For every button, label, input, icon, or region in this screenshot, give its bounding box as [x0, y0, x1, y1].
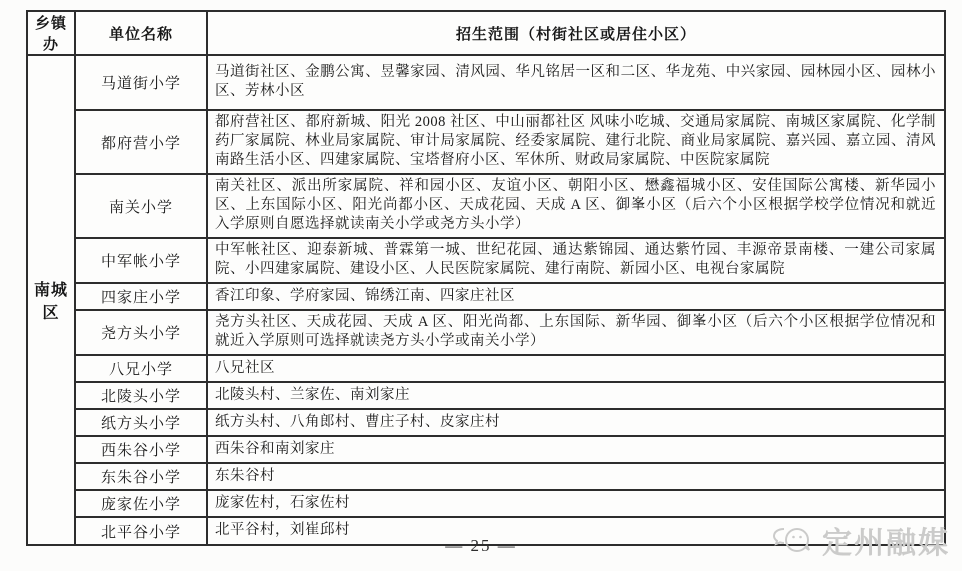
- school-name-cell: 庞家佐小学: [75, 490, 207, 517]
- watermark: 定州融媒: [772, 518, 950, 562]
- scope-cell: 马道街社区、金鹏公寓、昱馨家园、清风园、华凡铭居一区和二区、华龙苑、中兴家园、园…: [207, 55, 945, 110]
- table-row: 西朱谷小学 西朱谷和南刘家庄: [27, 436, 945, 463]
- school-name-cell: 西朱谷小学: [75, 436, 207, 463]
- school-name-cell: 尧方头小学: [75, 310, 207, 355]
- scope-cell: 香江印象、学府家园、锦绣江南、四家庄社区: [207, 283, 945, 310]
- table-row: 尧方头小学 尧方头社区、天成花园、天成 A 区、阳光尚都、上东国际、新华园、御峯…: [27, 310, 945, 355]
- table-row: 中军帐小学 中军帐社区、迎泰新城、普霖第一城、世纪花园、通达紫锦园、通达紫竹园、…: [27, 238, 945, 283]
- table-row: 庞家佐小学 庞家佐村，石家佐村: [27, 490, 945, 517]
- enrollment-table: 乡镇办 单位名称 招生范围（村街社区或居住小区） 南城区 马道街小学 马道街社区…: [26, 10, 946, 546]
- scope-cell: 八兄社区: [207, 355, 945, 382]
- scope-cell: 庞家佐村，石家佐村: [207, 490, 945, 517]
- school-name-cell: 都府营小学: [75, 110, 207, 174]
- scope-cell: 北陵头村、兰家佐、南刘家庄: [207, 382, 945, 409]
- scope-cell: 南关社区、派出所家属院、祥和园小区、友谊小区、朝阳小区、懋鑫福城小区、安佳国际公…: [207, 174, 945, 238]
- document-page: 乡镇办 单位名称 招生范围（村街社区或居住小区） 南城区 马道街小学 马道街社区…: [0, 0, 962, 571]
- header-scope: 招生范围（村街社区或居住小区）: [207, 11, 945, 55]
- school-name-cell: 八兄小学: [75, 355, 207, 382]
- table-row: 四家庄小学 香江印象、学府家园、锦绣江南、四家庄社区: [27, 283, 945, 310]
- district-cell: 南城区: [27, 55, 75, 545]
- scope-cell: 纸方头村、八角郎村、曹庄子村、皮家庄村: [207, 409, 945, 436]
- school-name-cell: 纸方头小学: [75, 409, 207, 436]
- school-name-cell: 东朱谷小学: [75, 463, 207, 490]
- school-name-cell: 南关小学: [75, 174, 207, 238]
- table-header-row: 乡镇办 单位名称 招生范围（村街社区或居住小区）: [27, 11, 945, 55]
- school-name-cell: 北陵头小学: [75, 382, 207, 409]
- watermark-text: 定州融媒: [822, 518, 950, 562]
- table-row: 南城区 马道街小学 马道街社区、金鹏公寓、昱馨家园、清风园、华凡铭居一区和二区、…: [27, 55, 945, 110]
- scope-cell: 尧方头社区、天成花园、天成 A 区、阳光尚都、上东国际、新华园、御峯小区（后六个…: [207, 310, 945, 355]
- scope-cell: 都府营社区、都府新城、阳光 2008 社区、中山丽都社区 风味小吃城、交通局家属…: [207, 110, 945, 174]
- school-name-cell: 马道街小学: [75, 55, 207, 110]
- scope-cell: 东朱谷村: [207, 463, 945, 490]
- header-unit: 单位名称: [75, 11, 207, 55]
- school-name-cell: 四家庄小学: [75, 283, 207, 310]
- table-row: 纸方头小学 纸方头村、八角郎村、曹庄子村、皮家庄村: [27, 409, 945, 436]
- school-name-cell: 中军帐小学: [75, 238, 207, 283]
- table-row: 东朱谷小学 东朱谷村: [27, 463, 945, 490]
- table-row: 都府营小学 都府营社区、都府新城、阳光 2008 社区、中山丽都社区 风味小吃城…: [27, 110, 945, 174]
- chat-bubbles-logo-icon: [772, 523, 816, 557]
- table-row: 八兄小学 八兄社区: [27, 355, 945, 382]
- table-row: 北陵头小学 北陵头村、兰家佐、南刘家庄: [27, 382, 945, 409]
- scope-cell: 西朱谷和南刘家庄: [207, 436, 945, 463]
- scope-cell: 中军帐社区、迎泰新城、普霖第一城、世纪花园、通达紫锦园、通达紫竹园、丰源帝景南楼…: [207, 238, 945, 283]
- table-row: 南关小学 南关社区、派出所家属院、祥和园小区、友谊小区、朝阳小区、懋鑫福城小区、…: [27, 174, 945, 238]
- header-district: 乡镇办: [27, 11, 75, 55]
